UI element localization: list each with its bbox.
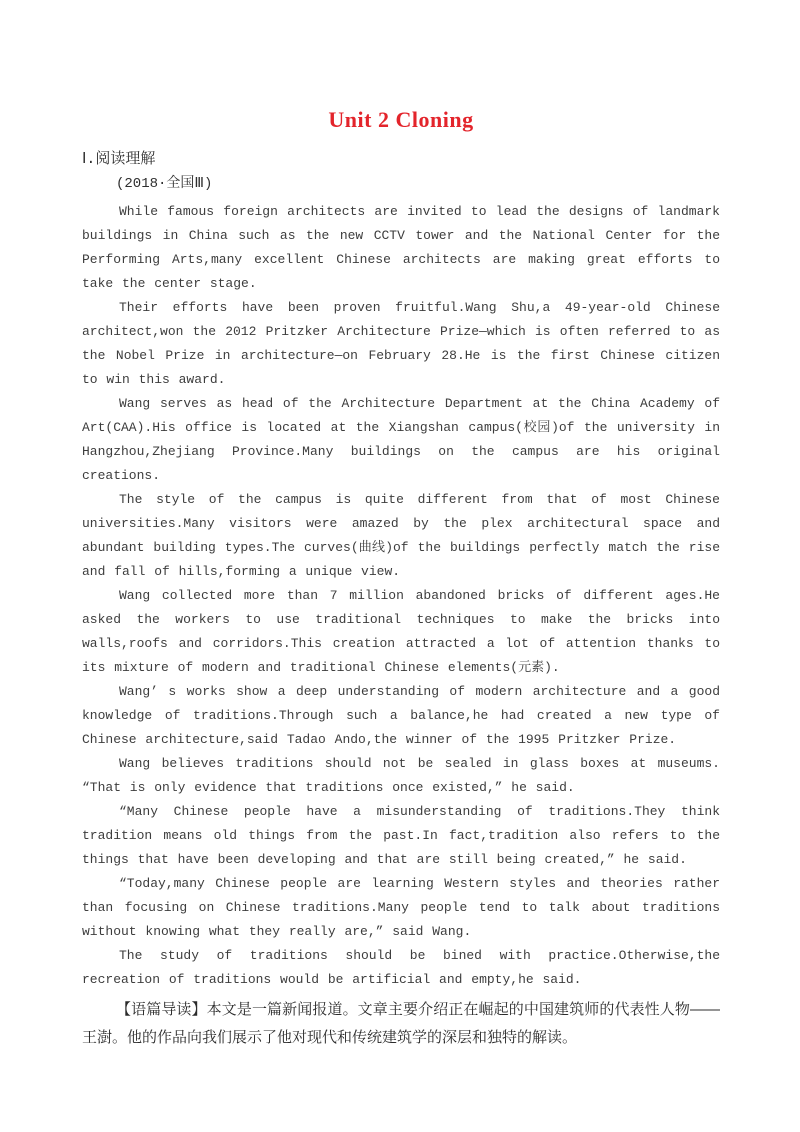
- paragraph: “Many Chinese people have a misunderstan…: [82, 800, 720, 872]
- paragraph: Wang serves as head of the Architecture …: [82, 392, 720, 488]
- section-heading-reading-comprehension: Ⅰ.阅读理解: [82, 148, 720, 172]
- paragraph: Wang believes traditions should not be s…: [82, 752, 720, 800]
- paragraph: “Today,many Chinese people are learning …: [82, 872, 720, 944]
- paragraph: The study of traditions should be bined …: [82, 944, 720, 992]
- passage-guide-note: 【语篇导读】本文是一篇新闻报道。文章主要介绍正在崛起的中国建筑师的代表性人物——…: [82, 996, 720, 1052]
- paragraph: Wang collected more than 7 million aband…: [82, 584, 720, 680]
- page-title: Unit 2 Cloning: [82, 0, 720, 134]
- paragraph: Wang’ s works show a deep understanding …: [82, 680, 720, 752]
- paragraph: The style of the campus is quite differe…: [82, 488, 720, 584]
- paragraph: While famous foreign architects are invi…: [82, 200, 720, 296]
- document-page: Unit 2 Cloning Ⅰ.阅读理解 (2018·全国Ⅲ) While f…: [0, 0, 800, 1132]
- passage-body: While famous foreign architects are invi…: [82, 200, 720, 992]
- exam-source-label: (2018·全国Ⅲ): [82, 172, 720, 196]
- paragraph: Their efforts have been proven fruitful.…: [82, 296, 720, 392]
